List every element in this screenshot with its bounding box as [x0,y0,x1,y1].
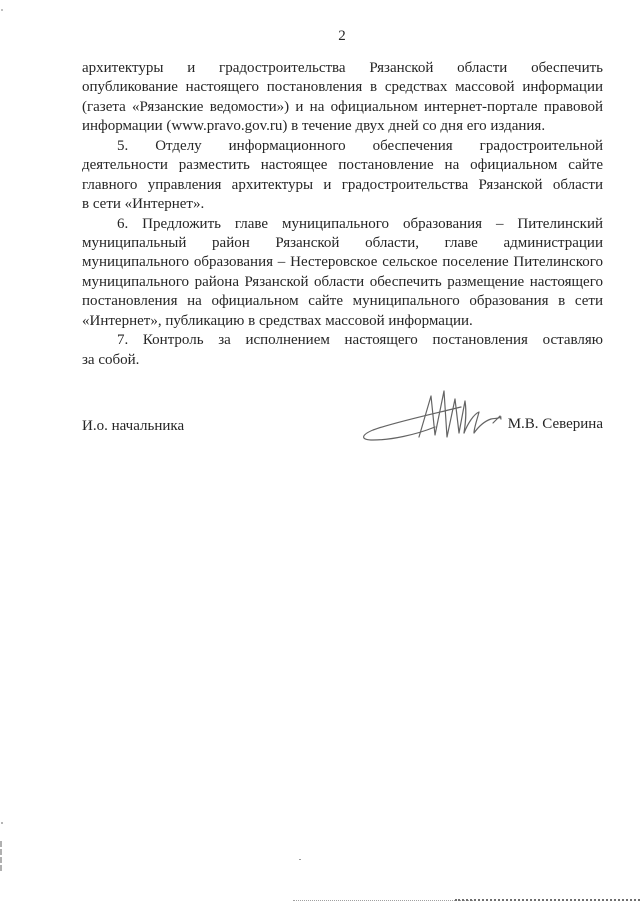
paragraph-line: архитектуры и градостроительства Рязанск… [82,59,603,78]
signatory-name: М.В. Северина [400,416,603,433]
scan-artifact-bottom-line-dark [455,899,640,901]
document-page: 2 архитектуры и градостроительства Рязан… [0,0,640,905]
handwritten-signature-icon [357,386,505,444]
paragraph-line: информации (www.pravo.gov.ru) в течение … [82,117,603,136]
paragraph: архитектуры и градостроительства Рязанск… [82,59,603,137]
paragraph-line: 6. Предложить главе муниципального образ… [82,215,603,234]
paragraph-line: главного управления архитектуры и градос… [82,176,603,195]
paragraph: 6. Предложить главе муниципального образ… [82,215,603,332]
paragraph-line: муниципальный район Рязанской области, г… [82,234,603,253]
signer-position-label: И.о. начальника [82,418,184,435]
paragraph: 7. Контроль за исполнением настоящего по… [82,331,603,370]
paragraph-line: деятельности разместить настоящее постан… [82,156,603,175]
paragraph-line: муниципального образования – Нестеровско… [82,253,603,272]
paragraph-line: (газета «Рязанские ведомости») и на офиц… [82,98,603,117]
scan-artifact-dot [1,822,3,824]
paragraph-line: муниципального района Рязанской области … [82,273,603,292]
paragraph-line: в сети «Интернет». [82,195,603,214]
document-body: архитектуры и градостроительства Рязанск… [82,59,603,370]
paragraph-line: 7. Контроль за исполнением настоящего по… [82,331,603,350]
paragraph-line: 5. Отделу информационного обеспечения гр… [82,137,603,156]
paragraph-line: «Интернет», публикацию в средствах массо… [82,312,603,331]
paragraph: 5. Отделу информационного обеспечения гр… [82,137,603,215]
page-number: 2 [82,28,603,45]
scan-artifact-bottom-line [293,900,473,901]
paragraph-line: за собой. [82,351,603,370]
scan-artifact-dot [299,859,301,860]
scan-artifact-dot [1,9,3,11]
paragraph-line: постановления на официальном сайте муниц… [82,292,603,311]
scan-artifact-left-dashes [0,841,2,871]
paragraph-line: опубликование настоящего постановления в… [82,78,603,97]
